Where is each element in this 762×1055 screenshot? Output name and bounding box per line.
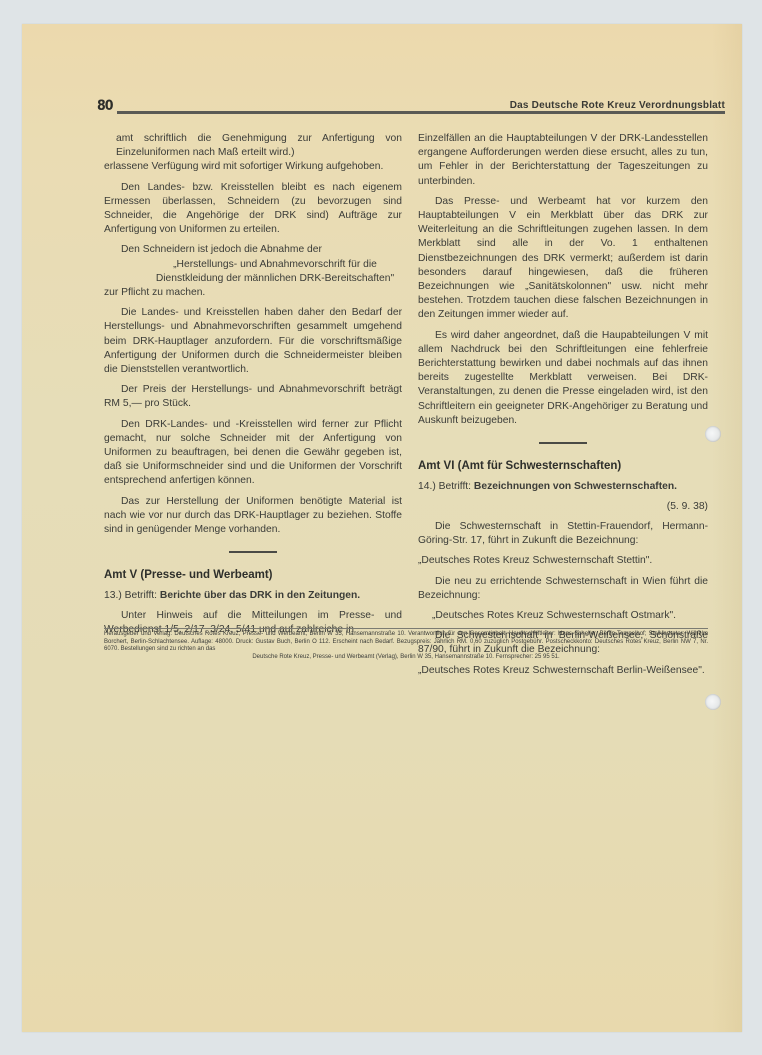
paragraph: Den Schneidern ist jedoch die Abnahme de… [104, 243, 402, 257]
running-title: Das Deutsche Rote Kreuz Verordnungsblatt [510, 100, 725, 111]
paragraph: amt schriftlich die Genehmigung zur Anfe… [104, 132, 402, 160]
quoted-designation: „Deutsches Rotes Kreuz Schwesternschaft … [418, 664, 708, 678]
paragraph: zur Pflicht zu machen. [104, 286, 402, 300]
quoted-designation: „Deutsches Rotes Kreuz Schwesternschaft … [418, 554, 708, 568]
paragraph: erlassene Verfügung wird mit sofortiger … [104, 160, 402, 174]
paragraph: Einzelfällen an die Hauptabteilungen V d… [418, 132, 708, 189]
paragraph: Den Landes- bzw. Kreisstellen bleibt es … [104, 181, 402, 238]
section-title-amt-vi: Amt VI (Amt für Schwesternschaften) [418, 458, 708, 474]
punch-hole-lower [705, 694, 721, 710]
section-separator [229, 551, 277, 553]
item-14-title: 14.) Betrifft: Bezeichnungen von Schwest… [418, 480, 708, 494]
paragraph: Der Preis der Herstellungs- und Abnahmev… [104, 383, 402, 411]
item-subject: Bezeichnungen von Schwesternschaften. [474, 481, 677, 492]
section-title-amt-v: Amt V (Presse- und Werbeamt) [104, 567, 402, 583]
page-header: 80 Das Deutsche Rote Kreuz Verordnungsbl… [97, 98, 725, 120]
item-prefix: 14.) Betrifft: [418, 481, 474, 492]
item-13-title: 13.) Betrifft: Berichte über das DRK in … [104, 589, 402, 603]
paragraph: Es wird daher angeordnet, daß die Haupab… [418, 329, 708, 428]
paragraph: Die neu zu errichtende Schwesternschaft … [418, 575, 708, 603]
paragraph: Die Landes- und Kreisstellen haben daher… [104, 306, 402, 377]
paragraph: Das Presse- und Werbeamt hat vor kurzem … [418, 195, 708, 323]
item-prefix: 13.) Betrifft: [104, 590, 160, 601]
left-column: amt schriftlich die Genehmigung zur Anfe… [104, 132, 402, 643]
imprint-text: Herausgeber und Verlag: Deutsches Rotes … [104, 631, 708, 654]
header-rule [117, 111, 725, 114]
paragraph: Das zur Herstellung der Uniformen benöti… [104, 495, 402, 538]
paragraph: Den DRK-Landes- und -Kreisstellen wird f… [104, 418, 402, 489]
section-separator [539, 442, 587, 444]
paragraph: Die Schwesternschaft in Stettin-Frauendo… [418, 520, 708, 548]
right-column: Einzelfällen an die Hauptabteilungen V d… [418, 132, 708, 684]
item-date: (5. 9. 38) [418, 500, 708, 514]
quoted-designation: „Deutsches Rotes Kreuz Schwesternschaft … [418, 609, 708, 623]
imprint-footer: Herausgeber und Verlag: Deutsches Rotes … [104, 628, 708, 661]
item-subject: Berichte über das DRK in den Zeitungen. [160, 590, 360, 601]
quoted-title: „Herstellungs- und Abnahmevorschrift für… [104, 258, 402, 286]
page-number: 80 [97, 98, 113, 114]
imprint-text-last: Deutsche Rote Kreuz, Presse- und Werbeam… [104, 654, 708, 662]
